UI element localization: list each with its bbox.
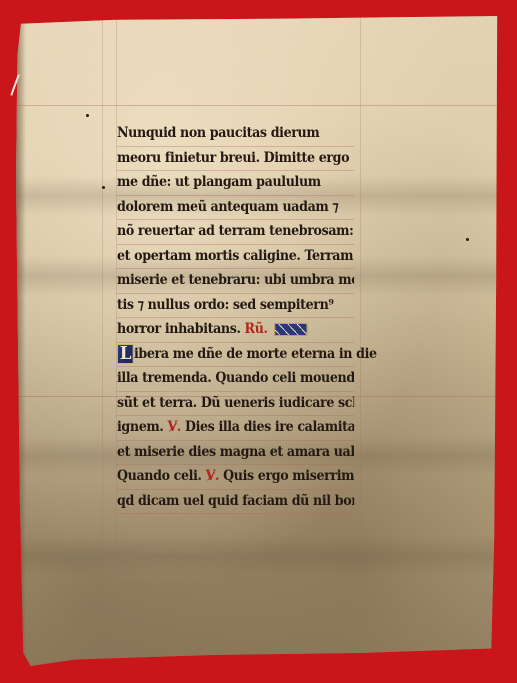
ruling-line-vertical — [102, 16, 103, 666]
line-text: qd dicam uel quid faciam dũ nil boni — [117, 493, 354, 509]
line-text: et miserie dies magna et amara ualde. — [117, 444, 354, 460]
line-text: meoru finietur breui. Dimitte ergo — [117, 150, 349, 166]
line-text: tis ⁊ nullus ordo: sed sempitern⁹ — [117, 297, 334, 313]
ink-dot — [466, 238, 469, 241]
text-line: meoru finietur breui. Dimitte ergo — [117, 147, 354, 172]
line-text: nõ reuertar ad terram tenebrosam: — [117, 223, 353, 239]
rubric-response: Rũ. — [245, 321, 268, 337]
rubric-versicle: V̷. — [167, 419, 180, 435]
text-line: Nunquid non paucitas dierum — [117, 122, 354, 147]
line-text: miserie et tenebraru: ubi umbra mor — [117, 272, 354, 288]
text-line: ignem. V̷. Dies illa dies ire calamitati… — [117, 416, 354, 441]
line-text: me dñe: ut plangam paululum — [117, 174, 321, 190]
line-text: Quis ergo miserrimus — [223, 468, 354, 484]
text-line: illa tremenda. Quando celi mouendi — [117, 367, 354, 392]
text-line: dolorem meũ antequam uadam ⁊ — [117, 196, 354, 221]
text-line: Libera me dñe de morte eterna in die — [117, 343, 354, 368]
parchment-fold — [16, 536, 506, 576]
text-line: Quando celi. V̷. Quis ergo miserrimus — [117, 465, 354, 490]
line-text: Dies illa dies ire calamitatis — [185, 419, 354, 435]
ink-dot — [86, 114, 89, 117]
line-text: sũt et terra. Dũ ueneris iudicare sclm p… — [117, 395, 354, 411]
text-line: horror inhabitans. Rũ. — [117, 318, 354, 343]
text-line: me dñe: ut plangam paululum — [117, 171, 354, 196]
text-line: miserie et tenebraru: ubi umbra mor — [117, 269, 354, 294]
text-line: nõ reuertar ad terram tenebrosam: — [117, 220, 354, 245]
text-line: tis ⁊ nullus ordo: sed sempitern⁹ — [117, 294, 354, 319]
text-line: sũt et terra. Dũ ueneris iudicare sclm p… — [117, 392, 354, 417]
line-filler-decoration — [274, 323, 307, 336]
line-text: et opertam mortis caligine. Terram — [117, 248, 353, 264]
text-block: Nunquid non paucitas dierum meoru finiet… — [117, 122, 372, 514]
line-text: ibera me dñe de morte eterna in die — [134, 346, 377, 362]
text-line: et miserie dies magna et amara ualde. — [117, 441, 354, 466]
line-text: horror inhabitans. — [117, 321, 241, 337]
line-text: ignem. — [117, 419, 163, 435]
ruling-line-horizontal — [16, 105, 506, 106]
line-text: illa tremenda. Quando celi mouendi — [117, 370, 354, 386]
rubric-versicle: V̷. — [206, 468, 219, 484]
line-text: Nunquid non paucitas dierum — [117, 125, 319, 141]
line-text: dolorem meũ antequam uadam ⁊ — [117, 199, 338, 215]
line-text: Quando celi. — [117, 468, 202, 484]
illuminated-initial: L — [117, 344, 134, 364]
text-line: et opertam mortis caligine. Terram — [117, 245, 354, 270]
text-line: qd dicam uel quid faciam dũ nil boni — [117, 490, 354, 515]
ink-dot — [102, 186, 105, 189]
